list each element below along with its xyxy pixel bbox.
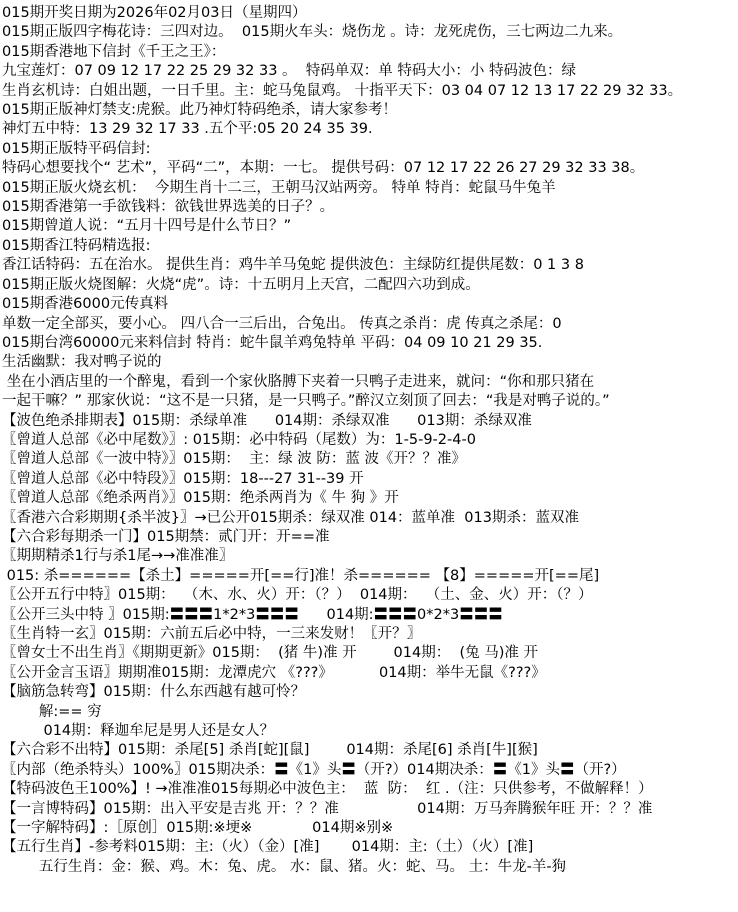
text-line: 【一言博特码】015期：出入平安是吉兆 开：？？准 014期：万马奔腾猴年旺 开… <box>2 800 736 819</box>
text-line: 〖公开金言玉语〗期期准015期：龙潭虎穴 《???》 014期：举牛无鼠《???… <box>2 664 736 683</box>
text-line: 014期：释迦牟尼是男人还是女人？ <box>2 722 736 741</box>
text-line: 〖内部（绝杀特头）100%〗015期决杀：〓《1》头〓（开?）014期决杀：〓《… <box>2 761 736 780</box>
text-line: 015期正版神灯禁支:虎猴。此乃神灯特码绝杀，请大家参考！ <box>2 101 736 120</box>
text-line: 015期开奖日期为2026年02月03日（星期四） <box>2 4 736 23</box>
text-line: 〖生肖特一玄〗015期：六前五后必中特，一三来发财！〖开？〗 <box>2 625 736 644</box>
text-line: 〖曾道人总部《一波中特》〗015期： 主：绿 波 防：蓝 波《开？？准》 <box>2 450 736 469</box>
lottery-tips-document: 015期开奖日期为2026年02月03日（星期四）015期正版四字梅花诗：三四对… <box>0 0 738 912</box>
text-line: 神灯五中特：13 29 32 17 33 .五个平:05 20 24 35 39… <box>2 120 736 139</box>
text-line: 五行生肖：金：猴、鸡。木：兔、虎。 水：鼠、猪。火：蛇、马。 土：牛龙-羊-狗 <box>2 858 736 877</box>
text-line: 〖曾女士不出生肖〗《期期更新》015期： (猪 牛)准 开 014期： (兔 马… <box>2 644 736 663</box>
text-line: 一起干嘛？” 那家伙说：“这不是一只猪，是一只鸭子。”醉汉立刻顶了回去：“我是对… <box>2 392 736 411</box>
text-line: 〖香港六合彩期期{杀半波}〗→已公开015期杀：绿双准 014：蓝单准 013期… <box>2 509 736 528</box>
text-line: 九宝莲灯：07 09 12 17 22 25 29 32 33 。 特码单双：单… <box>2 62 736 81</box>
text-line: 〖公开三头中特 〗015期:〓〓〓1*2*3〓〓〓 014期:〓〓〓0*2*3〓… <box>2 606 736 625</box>
text-line: 015期曾道人说：“五月十四号是什么节日？” <box>2 217 736 236</box>
text-line: 单数一定全部买，要小心。 四八合一三后出，合兔出。 传真之杀肖：虎 传真之杀尾：… <box>2 315 736 334</box>
text-line: 015期正版特平码信封: <box>2 140 736 159</box>
text-line: 香江话特码：五在治水。 提供生肖：鸡牛羊马兔蛇 提供波色：主绿防红提供尾数：0 … <box>2 256 736 275</box>
text-line: 015期香港地下信封《千王之王》： <box>2 43 736 62</box>
text-line: 015期香港第一手欲钱料：欲钱世界选美的日子？。 <box>2 198 736 217</box>
text-line: 〖期期精杀1行与杀1尾→→准准准〗 <box>2 547 736 566</box>
text-line: 坐在小酒店里的一个醉鬼，看到一个家伙胳膊下夹着一只鸭子走进来，就问：“你和那只猪… <box>2 373 736 392</box>
text-line: 生活幽默：我对鸭子说的 <box>2 353 736 372</box>
text-line: 〖曾道人总部《必中尾数》〗: 015期：必中特码（尾数）为：1-5-9-2-4-… <box>2 431 736 450</box>
text-line: 解:== 穷 <box>2 703 736 722</box>
text-line: 【六合彩不出特】015期：杀尾[5] 杀肖[蛇][鼠] 014期：杀尾[6] 杀… <box>2 741 736 760</box>
text-line: 015: 杀======【杀土】=====开[==行]准！杀====== 【8】… <box>2 567 736 586</box>
text-line: 生肖玄机诗：白姐出题，一日千里。主：蛇马兔鼠鸡。 十指平天下：03 04 07 … <box>2 82 736 101</box>
text-line: 015期台湾60000元来料信封 特肖：蛇牛鼠羊鸡兔特单 平码：04 09 10… <box>2 334 736 353</box>
text-line: 【五行生肖】-参考料015期：主:（火）（金）[准] 014期：主:（土）（火）… <box>2 838 736 857</box>
text-line: 015期香港6000元传真料 <box>2 295 736 314</box>
text-line: 〖公开五行中特〗015期： （木、水、火）开：（？） 014期： （土、金、火）… <box>2 586 736 605</box>
text-line: 015期正版火烧玄机： 今期生肖十二三，王朝马汉站两旁。 特单 特肖：蛇鼠马牛兔… <box>2 179 736 198</box>
text-line: 〖曾道人总部《必中特段》〗015期：18---27 31--39 开 <box>2 470 736 489</box>
text-line: 015期正版火烧图解：火烧“虎”。诗：十五明月上天宫，二配四六功到成。 <box>2 276 736 295</box>
text-line: 【一字解特码】:［原创］015期:※埂※ 014期※别※ <box>2 819 736 838</box>
text-line: 015期正版四字梅花诗：三四对边。 015期火车头：烧伤龙 。诗：龙死虎伤，三七… <box>2 23 736 42</box>
text-line: 〖曾道人总部《绝杀两肖》〗015期：绝杀两肖为《 牛 狗 》开 <box>2 489 736 508</box>
text-line: 015期香江特码精选报: <box>2 237 736 256</box>
text-line: 【波色绝杀排期表】015期：杀绿单准 014期：杀绿双准 013期：杀绿双准 <box>2 412 736 431</box>
text-line: 【六合彩每期杀一门】015期禁：贰门开：开==准 <box>2 528 736 547</box>
text-line: 特码心想要找个“ 艺术”，平码“二”，本期：一七。 提供号码：07 12 17 … <box>2 159 736 178</box>
text-line: 【特码波色王100%】! →准准准015每期必中波色主： 蓝 防： 红 .（注：… <box>2 780 736 799</box>
text-line: 【脑筋急转弯】015期：什么东西越有越可怜？ <box>2 683 736 702</box>
